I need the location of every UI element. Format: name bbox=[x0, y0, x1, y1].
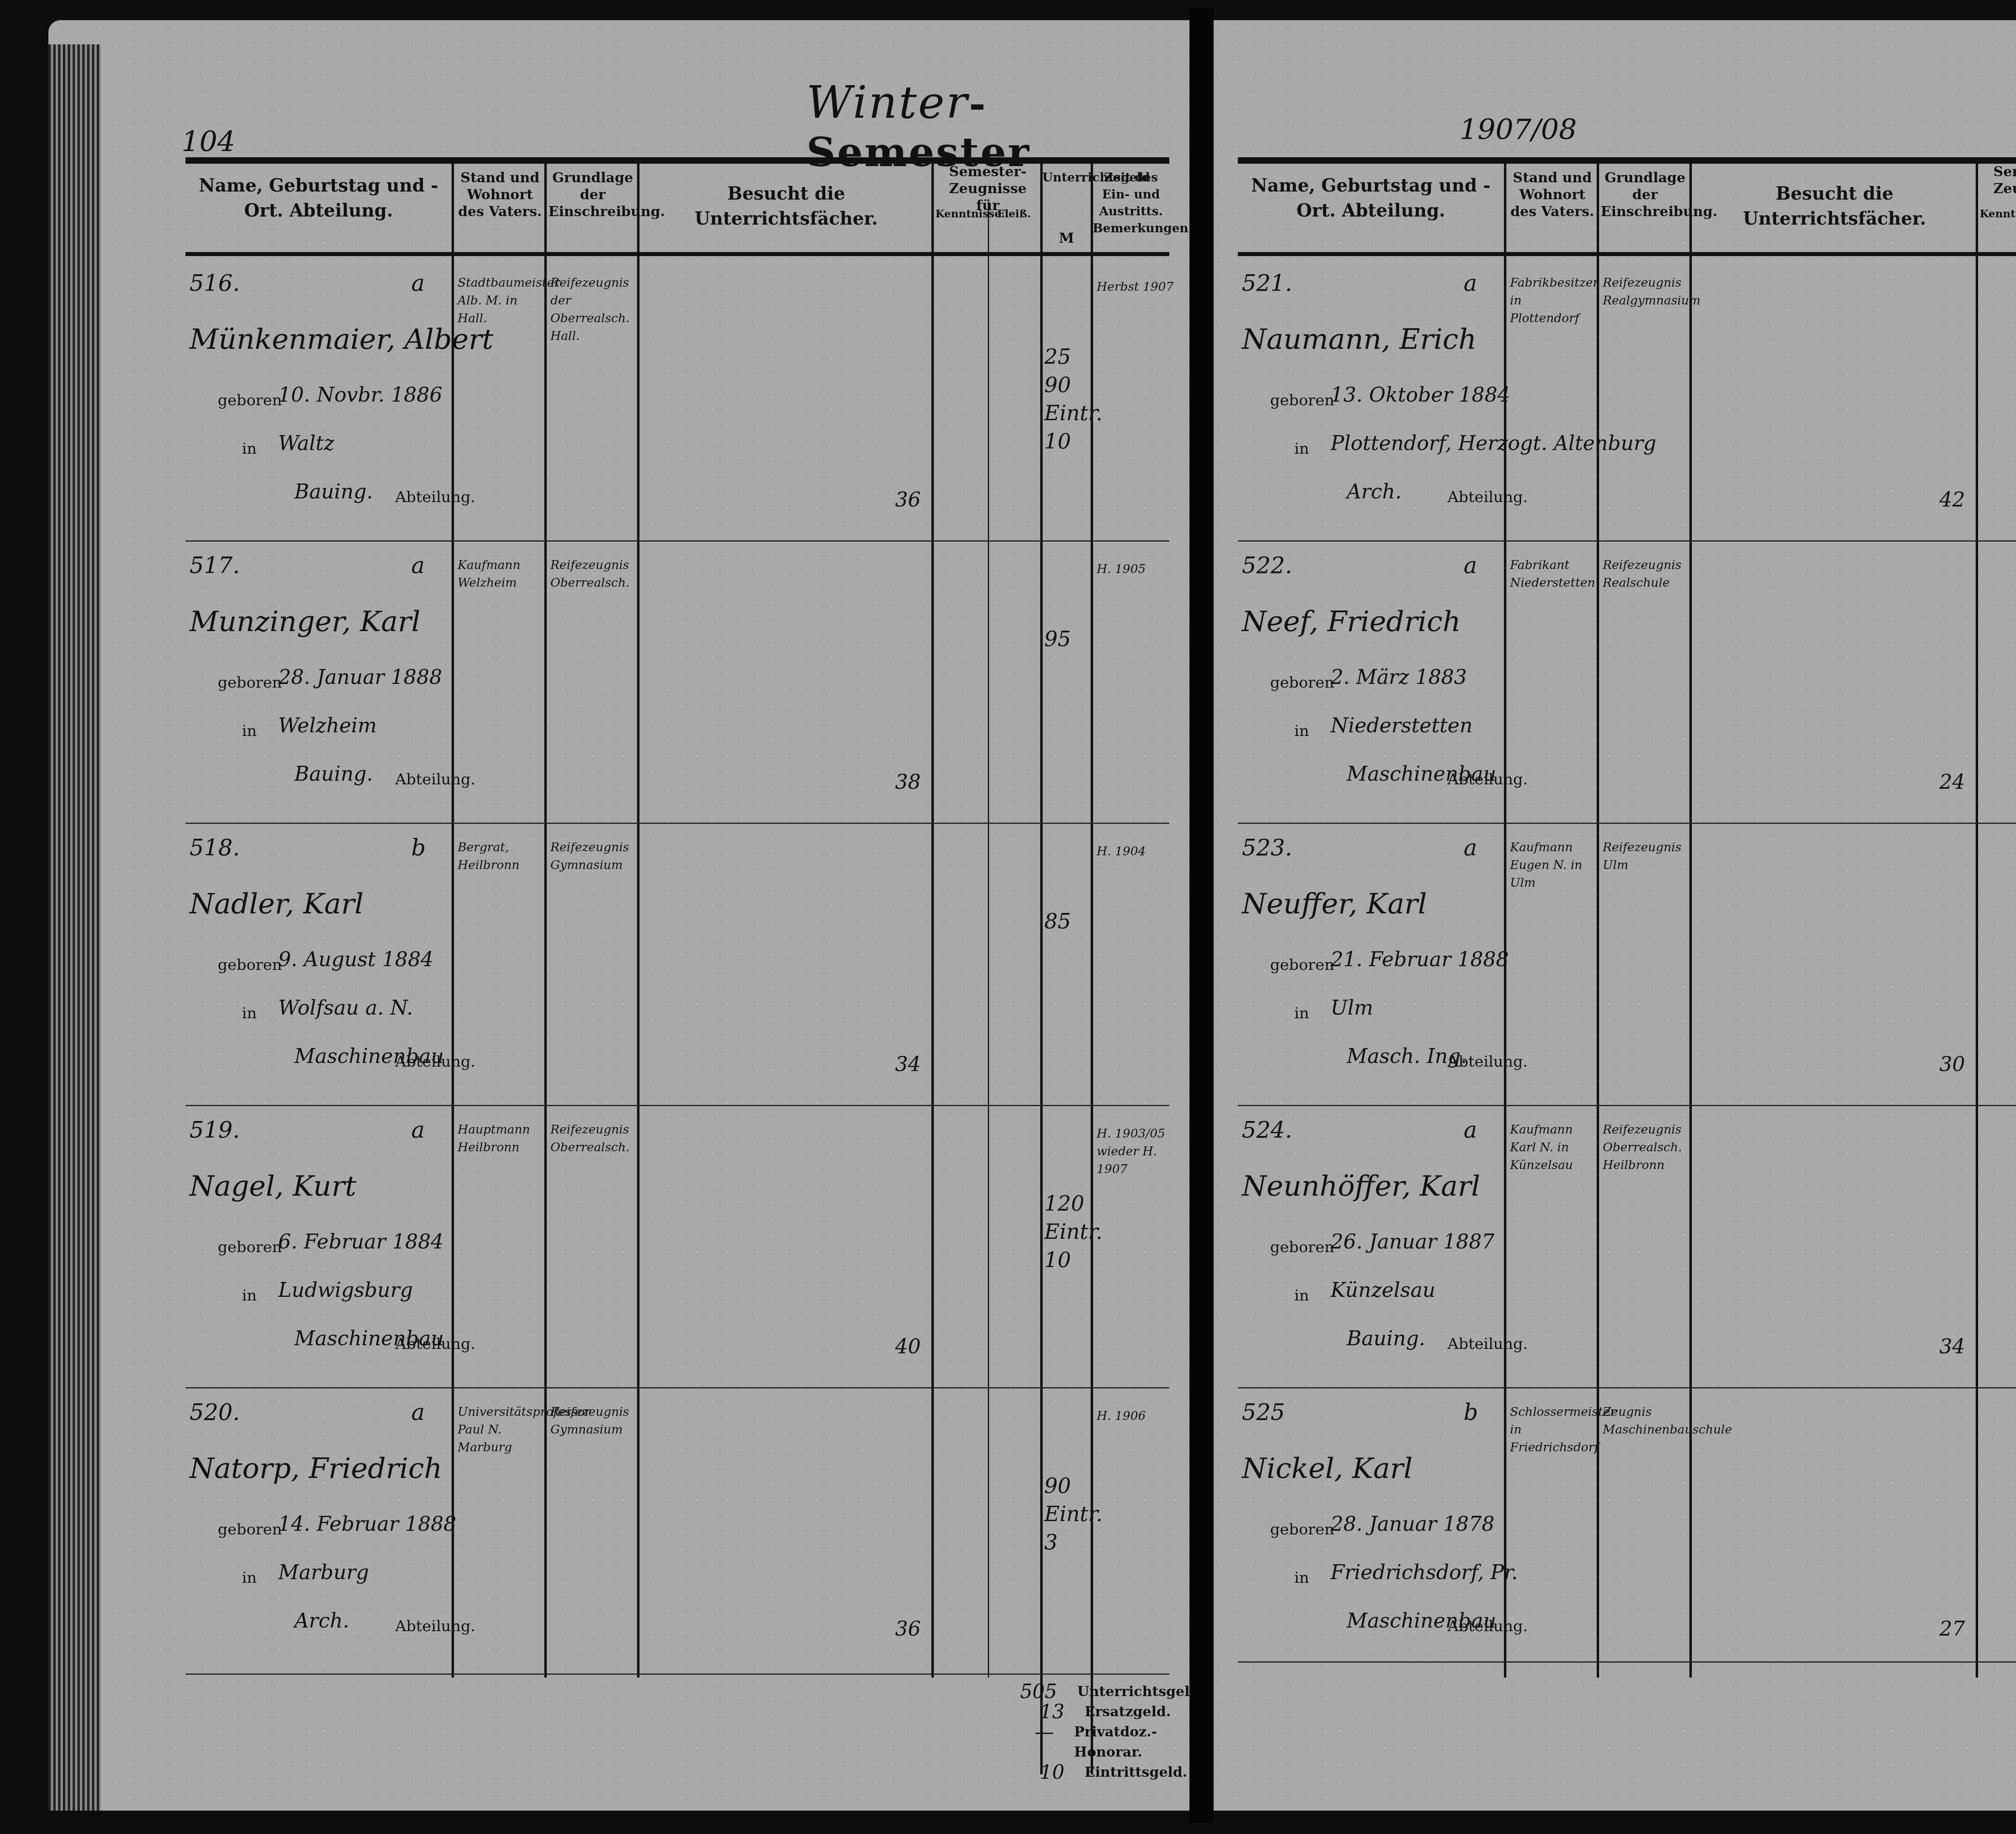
father-info: Hauptmann Heilbronn bbox=[458, 1121, 542, 1157]
department: Bauing. bbox=[294, 762, 373, 786]
column-rule bbox=[988, 202, 989, 1678]
academic-year: 1907/08 bbox=[1460, 113, 1577, 146]
totals-rule bbox=[185, 1674, 1169, 1675]
weekly-hours: 27 bbox=[1939, 1617, 1965, 1640]
header-basis: Grundlage der Einschreibung. bbox=[1601, 169, 1689, 220]
page-number-left: 104 bbox=[181, 125, 235, 158]
total-label: Ersatzgeld. bbox=[1085, 1702, 1171, 1722]
department-label: Abteilung. bbox=[395, 1617, 475, 1635]
entry-class: a bbox=[1464, 1117, 1477, 1143]
born-label: geboren bbox=[1270, 673, 1334, 691]
fee-amount: 95 bbox=[1044, 625, 1071, 653]
father-info: Stadtbaumeister Alb. M. in Hall. bbox=[458, 274, 542, 327]
header-fee-unit: M bbox=[1042, 230, 1091, 247]
header-name: Name, Geburtstag und -Ort. Abteilung. bbox=[185, 173, 452, 223]
total-label: Unterrichtsgeld. bbox=[1077, 1682, 1204, 1702]
birth-place: Plottendorf, Herzogt. Altenburg bbox=[1331, 431, 1656, 455]
header-rule-top bbox=[1238, 157, 2016, 164]
header-rule-top bbox=[185, 157, 1169, 164]
entry-number: 525 bbox=[1242, 1399, 1285, 1426]
column-rule bbox=[1976, 161, 1978, 1678]
born-label: geboren bbox=[218, 1238, 282, 1256]
total-row: 505Unterrichtsgeld. bbox=[1020, 1682, 1189, 1702]
in-label: in bbox=[242, 1286, 257, 1304]
birth-date: 9. August 1884 bbox=[278, 948, 433, 971]
weekly-hours: 36 bbox=[895, 1617, 921, 1640]
enrollment-basis: Reifezeugnis Oberrealsch. bbox=[550, 1121, 635, 1157]
department-label: Abteilung. bbox=[1447, 770, 1528, 788]
birth-place: Marburg bbox=[278, 1561, 369, 1584]
entry-number: 523. bbox=[1242, 835, 1292, 861]
weekly-hours: 36 bbox=[895, 488, 921, 511]
column-rule bbox=[637, 161, 639, 1678]
in-label: in bbox=[1294, 1004, 1309, 1022]
total-value: 505 bbox=[1020, 1682, 1057, 1702]
header-father: Stand und Wohnort des Vaters. bbox=[456, 169, 544, 220]
student-name: Neef, Friedrich bbox=[1242, 605, 1461, 638]
header-fee: Unterrichtsgeld bbox=[1042, 169, 1091, 186]
header-father: Stand und Wohnort des Vaters. bbox=[1508, 169, 1597, 220]
father-info: Bergrat, Heilbronn bbox=[458, 839, 542, 874]
enrollment-basis: Reifezeugnis Ulm bbox=[1603, 839, 1687, 874]
weekly-hours: 24 bbox=[1939, 770, 1965, 794]
department-label: Abteilung. bbox=[395, 770, 475, 788]
student-name: Natorp, Friedrich bbox=[190, 1452, 442, 1485]
father-info: Kaufmann Karl N. in Künzelsau bbox=[1510, 1121, 1595, 1174]
remarks: H. 1905 bbox=[1097, 561, 1181, 578]
department-label: Abteilung. bbox=[395, 1335, 475, 1353]
row-divider bbox=[185, 823, 1169, 824]
in-label: in bbox=[1294, 440, 1309, 457]
remarks: Herbst 1907 bbox=[1097, 278, 1181, 296]
column-rule bbox=[544, 161, 547, 1678]
department: Bauing. bbox=[294, 480, 373, 503]
father-info: Schlossermeister in Friedrichsdorf bbox=[1510, 1403, 1595, 1457]
enrollment-basis: Reifezeugnis der Oberrealsch. Hall. bbox=[550, 274, 635, 345]
department-label: Abteilung. bbox=[395, 488, 475, 506]
left-page: 104 Winter-Semester Name, Geburtstag und… bbox=[48, 20, 1189, 1811]
enrollment-basis: Reifezeugnis Realschule bbox=[1603, 556, 1687, 592]
row-divider bbox=[1238, 1387, 2016, 1388]
birth-date: 28. Januar 1878 bbox=[1331, 1512, 1495, 1536]
entry-number: 524. bbox=[1242, 1117, 1292, 1143]
ledger-spread: 104 Winter-Semester Name, Geburtstag und… bbox=[16, 8, 2016, 1823]
birth-place: Ulm bbox=[1331, 996, 1373, 1019]
student-name: Münkenmaier, Albert bbox=[190, 323, 494, 356]
in-label: in bbox=[1294, 722, 1309, 740]
entry-class: a bbox=[411, 1117, 425, 1143]
birth-date: 14. Februar 1888 bbox=[278, 1512, 456, 1536]
remarks: H. 1903/05 wieder H. 1907 bbox=[1097, 1125, 1181, 1178]
header-subjects: Besucht die Unterrichtsfächer. bbox=[1693, 181, 1976, 231]
student-name: Nickel, Karl bbox=[1242, 1452, 1412, 1485]
total-row: 13Ersatzgeld. bbox=[1020, 1702, 1189, 1722]
total-value: 10 bbox=[1020, 1762, 1064, 1782]
born-label: geboren bbox=[1270, 1238, 1334, 1256]
in-label: in bbox=[1294, 1569, 1309, 1586]
totals-rule bbox=[1238, 1661, 2016, 1663]
header-diligence: Fleiß. bbox=[988, 206, 1040, 223]
student-name: Nadler, Karl bbox=[190, 887, 364, 920]
father-info: Fabrikbesitzer in Plottendorf bbox=[1510, 274, 1595, 327]
enrollment-basis: Reifezeugnis Oberrealsch. bbox=[550, 556, 635, 592]
header-basis: Grundlage der Einschreibung. bbox=[548, 169, 637, 220]
column-rule bbox=[1689, 161, 1692, 1678]
father-info: Kaufmann Eugen N. in Ulm bbox=[1510, 839, 1595, 892]
weekly-hours: 42 bbox=[1939, 488, 1965, 511]
entry-class: a bbox=[1464, 835, 1477, 861]
weekly-hours: 34 bbox=[1939, 1335, 1965, 1358]
entry-number: 518. bbox=[190, 835, 240, 861]
birth-place: Welzheim bbox=[278, 714, 377, 737]
entry-class: a bbox=[411, 1399, 425, 1426]
fee-amount: 25 90 Eintr. 10 bbox=[1044, 343, 1103, 456]
enrollment-basis: Reifezeugnis Gymnasium bbox=[550, 1403, 635, 1439]
department-label: Abteilung. bbox=[395, 1052, 475, 1070]
student-name: Neuffer, Karl bbox=[1242, 887, 1427, 920]
father-info: Kaufmann Welzheim bbox=[458, 556, 542, 592]
header-rule-bottom bbox=[1238, 252, 2016, 256]
remarks: H. 1906 bbox=[1097, 1407, 1181, 1425]
department-label: Abteilung. bbox=[1447, 1617, 1528, 1635]
entry-number: 517. bbox=[190, 552, 240, 579]
born-label: geboren bbox=[218, 1520, 282, 1538]
book-gutter bbox=[1189, 8, 1214, 1823]
student-name: Naumann, Erich bbox=[1242, 323, 1477, 356]
row-divider bbox=[185, 1387, 1169, 1388]
fee-amount: 85 bbox=[1044, 907, 1071, 936]
born-label: geboren bbox=[1270, 391, 1334, 409]
right-page: 105. 1907/08 Name, Geburtstag und -Ort. … bbox=[1214, 20, 2016, 1811]
birth-place: Waltz bbox=[278, 431, 334, 455]
total-value: — bbox=[1020, 1722, 1054, 1762]
department-label: Abteilung. bbox=[1447, 1052, 1528, 1070]
header-rule-bottom bbox=[185, 252, 1169, 256]
birth-date: 26. Januar 1887 bbox=[1331, 1230, 1495, 1253]
born-label: geboren bbox=[218, 956, 282, 973]
column-rule bbox=[452, 161, 454, 1678]
department: Arch. bbox=[294, 1609, 349, 1632]
page-stack-edge bbox=[48, 44, 101, 1811]
father-info: Fabrikant Niederstetten bbox=[1510, 556, 1595, 592]
row-divider bbox=[1238, 823, 2016, 824]
entry-class: a bbox=[411, 552, 425, 579]
totals-left: 505Unterrichtsgeld.13Ersatzgeld.—Privatd… bbox=[1020, 1682, 1189, 1782]
in-label: in bbox=[242, 1569, 257, 1586]
in-label: in bbox=[242, 722, 257, 740]
birth-date: 28. Januar 1888 bbox=[278, 665, 442, 689]
entry-class: a bbox=[1464, 270, 1477, 296]
header-subjects: Besucht die Unterrichtsfächer. bbox=[641, 181, 931, 231]
birth-date: 6. Februar 1884 bbox=[278, 1230, 444, 1253]
entry-number: 520. bbox=[190, 1399, 240, 1426]
enrollment-basis: Zeugnis Maschinenbauschule bbox=[1603, 1403, 1687, 1439]
entry-class: a bbox=[411, 270, 425, 296]
row-divider bbox=[1238, 1105, 2016, 1106]
student-name: Nagel, Kurt bbox=[190, 1169, 356, 1203]
birth-place: Friedrichsdorf, Pr. bbox=[1331, 1561, 1518, 1584]
weekly-hours: 34 bbox=[895, 1052, 921, 1076]
fee-amount: 90 Eintr. 3 bbox=[1044, 1472, 1103, 1557]
born-label: geboren bbox=[1270, 956, 1334, 973]
birth-date: 21. Februar 1888 bbox=[1331, 948, 1509, 971]
in-label: in bbox=[242, 440, 257, 457]
header-knowledge: Kenntnisse. bbox=[1980, 206, 2016, 223]
total-row: 10Eintrittsgeld. bbox=[1020, 1762, 1189, 1782]
in-label: in bbox=[242, 1004, 257, 1022]
fee-amount: 120 Eintr. 10 bbox=[1044, 1190, 1103, 1274]
born-label: geboren bbox=[218, 391, 282, 409]
entry-number: 519. bbox=[190, 1117, 240, 1143]
born-label: geboren bbox=[218, 673, 282, 691]
born-label: geboren bbox=[1270, 1520, 1334, 1538]
row-divider bbox=[185, 1105, 1169, 1106]
enrollment-basis: Reifezeugnis Oberrealsch. Heilbronn bbox=[1603, 1121, 1687, 1174]
row-divider bbox=[185, 540, 1169, 542]
student-name: Munzinger, Karl bbox=[190, 605, 421, 638]
total-label: Privatdoz.-Honorar. bbox=[1074, 1722, 1189, 1762]
birth-place: Ludwigsburg bbox=[278, 1278, 413, 1302]
entry-class: a bbox=[1464, 552, 1477, 579]
entry-class: b bbox=[1464, 1399, 1478, 1426]
department: Arch. bbox=[1347, 480, 1402, 503]
birth-date: 10. Novbr. 1886 bbox=[278, 383, 442, 406]
weekly-hours: 38 bbox=[895, 770, 921, 794]
father-info: Universitätsprofessor Paul N. Marburg bbox=[458, 1403, 542, 1457]
entry-class: b bbox=[411, 835, 426, 861]
row-divider bbox=[1238, 540, 2016, 542]
in-label: in bbox=[1294, 1286, 1309, 1304]
birth-date: 2. März 1883 bbox=[1331, 665, 1467, 689]
enrollment-basis: Reifezeugnis Realgymnasium bbox=[1603, 274, 1687, 310]
header-remarks: Zeit des Ein- und Austritts. Bemerkungen… bbox=[1093, 169, 1169, 237]
total-value: 13 bbox=[1020, 1702, 1064, 1722]
entry-number: 522. bbox=[1242, 552, 1292, 579]
column-rule bbox=[931, 161, 934, 1678]
department-label: Abteilung. bbox=[1447, 488, 1528, 506]
enrollment-basis: Reifezeugnis Gymnasium bbox=[550, 839, 635, 874]
birth-place: Wolfsau a. N. bbox=[278, 996, 413, 1019]
weekly-hours: 40 bbox=[895, 1335, 921, 1358]
student-name: Neunhöffer, Karl bbox=[1242, 1169, 1480, 1203]
weekly-hours: 30 bbox=[1939, 1052, 1965, 1076]
remarks: H. 1904 bbox=[1097, 843, 1181, 861]
header-name: Name, Geburtstag und -Ort. Abteilung. bbox=[1238, 173, 1504, 223]
department-label: Abteilung. bbox=[1447, 1335, 1528, 1353]
total-row: —Privatdoz.-Honorar. bbox=[1020, 1722, 1189, 1762]
birth-place: Niederstetten bbox=[1331, 714, 1472, 737]
birth-place: Künzelsau bbox=[1331, 1278, 1435, 1302]
birth-date: 13. Oktober 1884 bbox=[1331, 383, 1510, 406]
header-knowledge: Kenntnisse. bbox=[935, 206, 988, 223]
department: Bauing. bbox=[1347, 1327, 1425, 1350]
entry-number: 516. bbox=[190, 270, 240, 296]
column-rule bbox=[1040, 161, 1043, 1774]
total-label: Eintrittsgeld. bbox=[1085, 1762, 1187, 1782]
entry-number: 521. bbox=[1242, 270, 1292, 296]
